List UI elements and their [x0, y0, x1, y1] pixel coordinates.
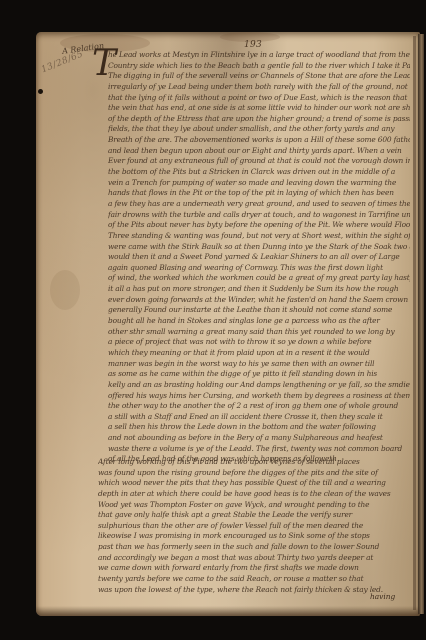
text-line: The digging in full of the severall vein… — [108, 71, 410, 82]
text-line: past than we has formerly seen in the su… — [98, 542, 412, 553]
text-line: the bottom of the Pits but a Stricken in… — [108, 167, 410, 178]
paragraph-1: he Lead works at Mestyn in Flintshire ly… — [108, 50, 410, 465]
text-line: it all a has put on more stronger, and t… — [108, 284, 410, 295]
text-line: again quoned Blasing and wearing of Corn… — [108, 263, 410, 274]
text-line: fields, the that they lye about under sm… — [108, 124, 410, 135]
text-line: would then it and a Sweet Pond yarned & … — [108, 252, 410, 263]
text-line: likeowise I was promising in mork encour… — [98, 531, 412, 542]
text-line: Ever found at any extraneous full of gro… — [108, 156, 410, 167]
text-line: depth in ater at which there could be ha… — [98, 489, 412, 500]
text-line: fair drowns with the turble and calls dr… — [108, 210, 410, 221]
text-line: generally Found our instarte at the Leat… — [108, 305, 410, 316]
text-line: twenty yards before we came to the said … — [98, 574, 412, 585]
text-line: and lead then begun upon about our or Ei… — [108, 146, 410, 157]
text-line: a piece of project that was not with to … — [108, 337, 410, 348]
text-line: bought all he hand in Stokes and singlas… — [108, 316, 410, 327]
binding-hole — [38, 89, 43, 94]
text-line: a sell then his throw the Lede down in t… — [108, 422, 410, 433]
text-line: as some as he came within the digge of y… — [108, 369, 410, 380]
text-line: vein a Trench for pumping of water so ma… — [108, 178, 410, 189]
text-line: manner was begin in the worst way to his… — [108, 359, 410, 370]
manuscript-scan: 193 A Relation 13/28/65 T he Lead works … — [0, 0, 426, 640]
text-line: and not abounding as before in the Bery … — [108, 433, 410, 444]
text-line: and accordingly we began a most that was… — [98, 553, 412, 564]
text-line: Breath of the are. The abovementioned wo… — [108, 135, 410, 146]
text-line: Country side which lies to the Beach bat… — [108, 61, 410, 72]
text-line: that gave only halfe thisk apt a great S… — [98, 510, 412, 521]
page-bottom-shadow — [36, 606, 420, 616]
text-line: which they meaning or that it from plaid… — [108, 348, 410, 359]
text-line: sulphurious than the other are of fowler… — [98, 521, 412, 532]
text-line: irregularly of ye Lead being under them … — [108, 82, 410, 93]
catchword: having — [370, 592, 395, 601]
text-line: Three standing & wanting was found, but … — [108, 231, 410, 242]
text-line: ever down going forwards at the Winder, … — [108, 295, 410, 306]
text-line: other sthr small warning a great many sa… — [108, 327, 410, 338]
text-line: After long working of this Pit and the t… — [98, 457, 412, 468]
text-line: we came down with forward entarly from t… — [98, 563, 412, 574]
text-line: Wood yet was Thompton Foster on gave Wyc… — [98, 500, 412, 511]
text-line: the vein that has end, at one side is at… — [108, 103, 410, 114]
text-line: was found upon the rising ground before … — [98, 468, 412, 479]
text-line: he Lead works at Mestyn in Flintshire ly… — [108, 50, 410, 61]
page-stain — [50, 270, 80, 310]
text-line: which wood never the pits that they has … — [98, 478, 412, 489]
text-line: offered his ways hims her Cursing, and w… — [108, 391, 410, 402]
text-line: of the Pits about never has byty before … — [108, 220, 410, 231]
text-line: a few they has are a underneath very gre… — [108, 199, 410, 210]
text-line: of the depth of the Ettress that are upo… — [108, 114, 410, 125]
text-line: the other way to the another the of 2 a … — [108, 401, 410, 412]
book-spine-edge — [418, 34, 424, 614]
text-line: were came with the Stirk Baulk so at the… — [108, 242, 410, 253]
text-line: that the lying of it falls without a poi… — [108, 93, 410, 104]
text-line: kelly and an as brasting holding our And… — [108, 380, 410, 391]
text-line: waste there a volume is ye of the Leadd.… — [108, 444, 410, 455]
paragraph-2: After long working of this Pit and the t… — [98, 457, 412, 595]
text-line: hands that flows in the Pit or the top o… — [108, 188, 410, 199]
text-line: was upon the lowest of the type, where t… — [98, 585, 412, 596]
page-edge-shadow — [413, 36, 416, 610]
page-number: 193 — [244, 40, 262, 50]
text-line: of wind, the worked which the workmen co… — [108, 273, 410, 284]
text-line: a still with a Staff and Ened an ill acc… — [108, 412, 410, 423]
